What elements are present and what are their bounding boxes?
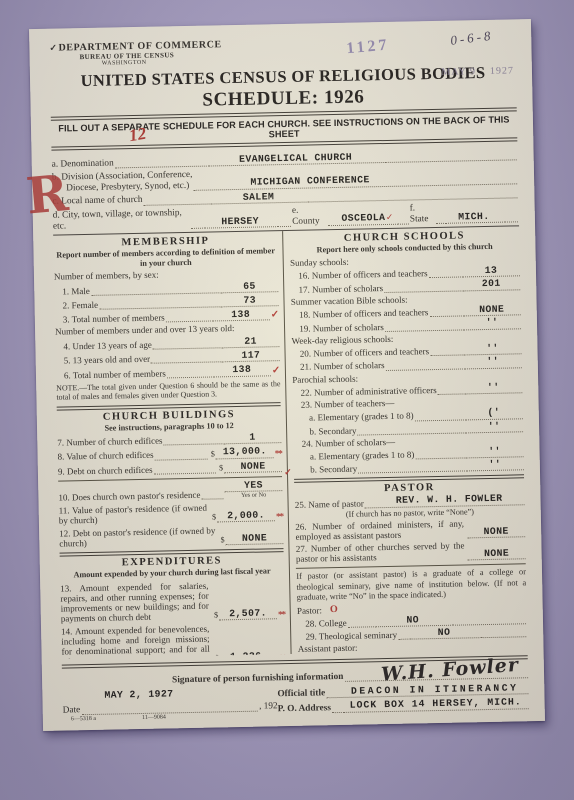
file-number-stamp: 1127 xyxy=(346,36,391,58)
membership-subtitle: Report number of members according to de… xyxy=(53,247,278,270)
q1-value: 65 xyxy=(220,281,278,293)
graduate-note: If pastor (or assistant pastor) is a gra… xyxy=(296,568,526,603)
red-auditor-mark: ** xyxy=(276,512,283,521)
dollar-sign: $ xyxy=(215,655,219,659)
q23b-value: '' xyxy=(465,421,523,433)
dotted-leader xyxy=(153,346,221,349)
dotted-leader xyxy=(277,225,291,227)
dotted-leader xyxy=(115,165,207,169)
red-check-icon: ✓ xyxy=(284,467,292,477)
q29-value: NO xyxy=(409,627,479,640)
red-check-icon: ✓ xyxy=(271,311,280,321)
q4-value: 21 xyxy=(221,336,279,348)
state-label: f. State xyxy=(410,203,435,225)
assistant-pastor-line: Assistant pastor: xyxy=(298,640,528,655)
dotted-leader xyxy=(397,182,518,186)
q20-value: '' xyxy=(463,343,521,355)
dotted-leader xyxy=(151,361,221,364)
red-check-icon: ✓ xyxy=(272,366,281,376)
county-label: e. County xyxy=(292,205,327,227)
official-title-value: DEACON IN ITINERANCY xyxy=(341,683,528,698)
received-date-stamp: MAY 91927 xyxy=(441,65,514,77)
dotted-leader xyxy=(384,289,461,293)
division-value: MICHIGAN CONFERENCE xyxy=(225,175,396,190)
dotted-leader xyxy=(358,470,465,474)
dotted-leader xyxy=(155,457,208,460)
dotted-leader xyxy=(430,354,462,357)
q9-value: NONE xyxy=(224,461,282,473)
yes-or-no-hint: Yes or No xyxy=(241,492,266,499)
dollar-sign: $ xyxy=(214,611,218,620)
q11-value: 2,000. xyxy=(217,510,275,522)
q18-value: NONE xyxy=(463,304,521,316)
date-block: MAY 2, 1927 Date, 192 6—5318 a11—9084 xyxy=(62,685,278,722)
left-column: MEMBERSHIP Report number of members acco… xyxy=(53,231,291,658)
dotted-leader xyxy=(386,367,463,371)
q9-debt-row: 9. Debt on church edifices$NONE xyxy=(58,461,282,477)
census-form-paper: ✓DEPARTMENT OF COMMERCE BUREAU OF THE CE… xyxy=(29,19,545,731)
signature-section: Signature of person furnishing informati… xyxy=(62,653,529,722)
signature-line: W.H. Fowler xyxy=(345,663,528,682)
dotted-leader xyxy=(167,375,212,378)
state-value: MICH. xyxy=(445,212,503,224)
check-mark-icon: ✓ xyxy=(49,43,57,53)
dotted-leader xyxy=(436,222,444,224)
dotted-leader xyxy=(452,622,526,625)
q24a-value: '' xyxy=(465,446,523,458)
q14-benevolences-row: 14. Amount expended for benevolences, in… xyxy=(61,622,286,659)
dotted-leader xyxy=(429,315,461,318)
q12-residence-debt-row: 12. Debt on pastor's residence (if owned… xyxy=(59,524,284,549)
dotted-leader xyxy=(365,506,373,508)
membership-note: NOTE.—The total given under Question 6 s… xyxy=(56,379,281,402)
dotted-leader xyxy=(144,203,210,206)
dotted-leader xyxy=(154,471,217,474)
county-value: OSCEOLA✓ xyxy=(338,213,396,226)
q17-value: 201 xyxy=(462,279,520,291)
dotted-leader xyxy=(166,320,211,323)
dotted-leader xyxy=(480,636,526,639)
signature-label: Signature of person furnishing informati… xyxy=(172,672,343,685)
dotted-leader xyxy=(164,443,223,446)
red-margin-letter: R xyxy=(24,168,70,222)
dotted-leader xyxy=(91,291,220,296)
form-body-columns: MEMBERSHIP Report number of members acco… xyxy=(53,226,527,659)
dotted-leader xyxy=(398,638,408,640)
q19-value: '' xyxy=(463,318,521,330)
q8-value: 13,000. xyxy=(216,447,274,459)
division-label: b. Division (Association, Conference,Dio… xyxy=(52,170,193,193)
q26-value: NONE xyxy=(467,526,525,538)
dotted-leader xyxy=(385,159,517,164)
q12-value: NONE xyxy=(225,533,283,545)
city-label: d. City, town, village, or township, etc… xyxy=(53,208,191,232)
q6-total-row: 6. Total number of members138✓ xyxy=(56,364,280,380)
q26-row: 26. Number of ordained ministers, if any… xyxy=(295,517,525,542)
q10-residence-row: 10. Does church own pastor's residenceYE… xyxy=(58,480,283,503)
dotted-leader xyxy=(194,188,224,191)
q11-residence-value-row: 11. Value of pastor's residence (if owne… xyxy=(59,501,284,526)
q5-value: 117 xyxy=(222,350,280,362)
dotted-leader xyxy=(415,418,464,421)
address-row: P. O. AddressLOCK BOX 14 HERSEY, MICH. xyxy=(278,697,529,713)
dotted-leader xyxy=(202,497,224,499)
red-auditor-mark: ** xyxy=(278,610,285,619)
dotted-leader xyxy=(385,328,462,332)
dotted-leader xyxy=(438,393,464,396)
dollar-sign: $ xyxy=(219,464,223,473)
identification-section: R a. Denomination EVANGELICAL CHURCH b. … xyxy=(52,146,519,232)
q23a-value: (' xyxy=(465,407,523,419)
city-value: HERSEY xyxy=(204,216,276,229)
q13-salaries-row: 13. Amount expended for salaries, repair… xyxy=(60,579,285,624)
q21-value: '' xyxy=(464,357,522,369)
dotted-leader xyxy=(191,227,203,229)
q27-value: NONE xyxy=(468,548,526,560)
right-column: CHURCH SCHOOLS Report here only schools … xyxy=(282,227,527,654)
red-circle-mark: O xyxy=(330,604,338,615)
form-header: ✓DEPARTMENT OF COMMERCE BUREAU OF THE CE… xyxy=(49,33,517,152)
dotted-leader xyxy=(415,457,464,460)
dollar-sign: $ xyxy=(212,514,216,523)
date-label: Date xyxy=(63,705,81,715)
q7-value: 1 xyxy=(223,432,281,444)
dotted-leader xyxy=(429,276,461,279)
date-value: MAY 2, 1927 xyxy=(104,689,173,701)
dotted-leader xyxy=(99,305,220,309)
q24b-row: ✓b. Secondary'' xyxy=(294,459,524,475)
q22-value: '' xyxy=(464,382,522,394)
red-auditor-mark: ** xyxy=(275,449,282,458)
dotted-leader xyxy=(348,625,374,628)
q6-value: 138 xyxy=(213,365,271,377)
q2-value: 73 xyxy=(221,295,279,307)
date-suffix: , 192 xyxy=(259,701,278,711)
dotted-leader xyxy=(397,223,409,225)
dollar-sign: $ xyxy=(211,450,215,459)
dotted-leader xyxy=(332,711,342,713)
dotted-leader xyxy=(328,224,338,226)
dotted-leader xyxy=(326,696,340,698)
q16-value: 13 xyxy=(462,265,520,277)
q28-value: NO xyxy=(375,615,451,628)
q27-row: 27. Number of other churches served by t… xyxy=(296,540,526,565)
dollar-sign: $ xyxy=(220,537,224,546)
local-name-value: SALEM xyxy=(210,191,306,204)
red-handwritten-number: 12 xyxy=(128,124,148,146)
address-value: LOCK BOX 14 HERSEY, MICH. xyxy=(343,697,529,712)
dotted-leader xyxy=(504,221,518,223)
red-check-icon: ✓ xyxy=(386,213,393,224)
scan-background: ✓DEPARTMENT OF COMMERCE BUREAU OF THE CE… xyxy=(0,0,574,800)
q13-value: 2,507. xyxy=(219,608,277,620)
q24b-value: '' xyxy=(466,459,524,471)
q10-value: YES xyxy=(224,480,282,492)
q3-value: 138 xyxy=(212,309,270,321)
denomination-value: EVANGELICAL CHURCH xyxy=(208,152,384,167)
